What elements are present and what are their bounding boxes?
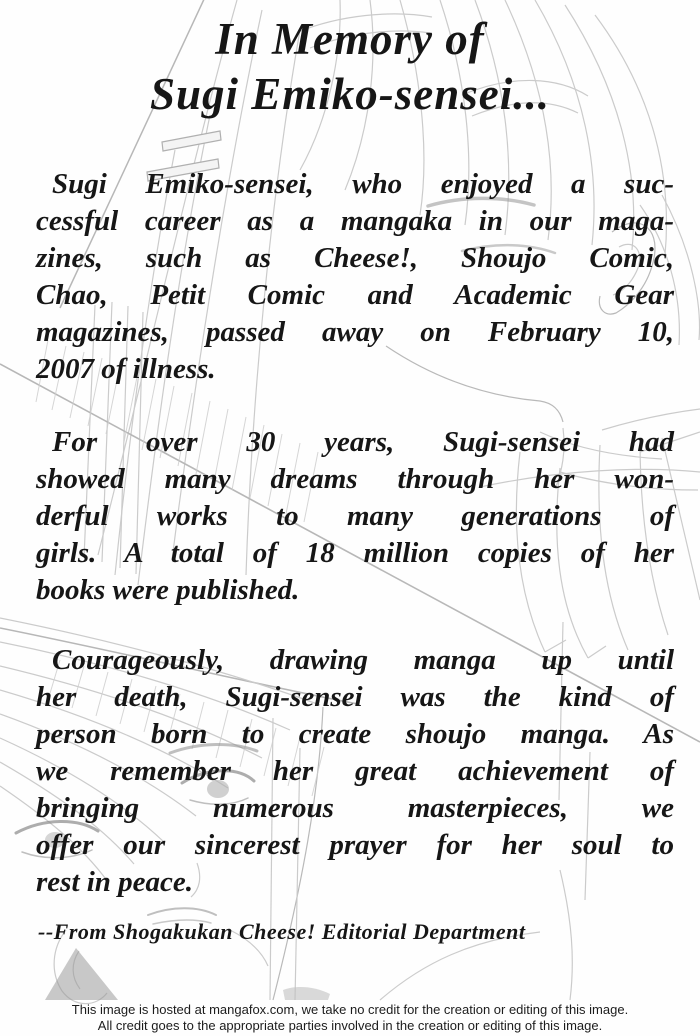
text-line: cessful career as a mangaka in our maga- xyxy=(36,203,674,240)
text-line: derful works to many generations of xyxy=(36,498,674,535)
manga-memorial-page: In Memory of Sugi Emiko-sensei... Sugi E… xyxy=(0,0,700,1036)
text-line: rest in peace. xyxy=(36,864,674,901)
text-line: zines, such as Cheese!, Shoujo Comic, xyxy=(36,240,674,277)
memorial-text: In Memory of Sugi Emiko-sensei... Sugi E… xyxy=(0,0,700,1036)
text-line: Chao, Petit Comic and Academic Gear xyxy=(36,277,674,314)
paragraph-legacy: For over 30 years, Sugi-sensei had showe… xyxy=(36,424,674,609)
hosting-disclaimer: This image is hosted at mangafox.com, we… xyxy=(0,1002,700,1033)
text-line: Courageously, drawing manga up until xyxy=(36,642,674,679)
paragraph-career: Sugi Emiko-sensei, who enjoyed a suc- ce… xyxy=(36,166,674,388)
title-line: In Memory of xyxy=(0,12,700,67)
disclaimer-line: All credit goes to the appropriate parti… xyxy=(0,1018,700,1034)
text-line: we remember her great achievement of xyxy=(36,753,674,790)
page-title: In Memory of Sugi Emiko-sensei... xyxy=(0,12,700,122)
text-line: girls. A total of 18 million copies of h… xyxy=(36,535,674,572)
text-line: magazines, passed away on February 10, xyxy=(36,314,674,351)
text-line: For over 30 years, Sugi-sensei had xyxy=(36,424,674,461)
text-line: person born to create shoujo manga. As xyxy=(36,716,674,753)
text-line: books were published. xyxy=(36,572,674,609)
text-line: 2007 of illness. xyxy=(36,351,674,388)
text-line: her death, Sugi-sensei was the kind of xyxy=(36,679,674,716)
text-line: offer our sincerest prayer for her soul … xyxy=(36,827,674,864)
paragraph-tribute: Courageously, drawing manga up until her… xyxy=(36,642,674,901)
title-line: Sugi Emiko-sensei... xyxy=(0,67,700,122)
signature-line: --From Shogakukan Cheese! Editorial Depa… xyxy=(38,918,526,946)
text-line: bringing numerous masterpieces, we xyxy=(36,790,674,827)
text-line: showed many dreams through her won- xyxy=(36,461,674,498)
text-line: Sugi Emiko-sensei, who enjoyed a suc- xyxy=(36,166,674,203)
disclaimer-line: This image is hosted at mangafox.com, we… xyxy=(0,1002,700,1018)
